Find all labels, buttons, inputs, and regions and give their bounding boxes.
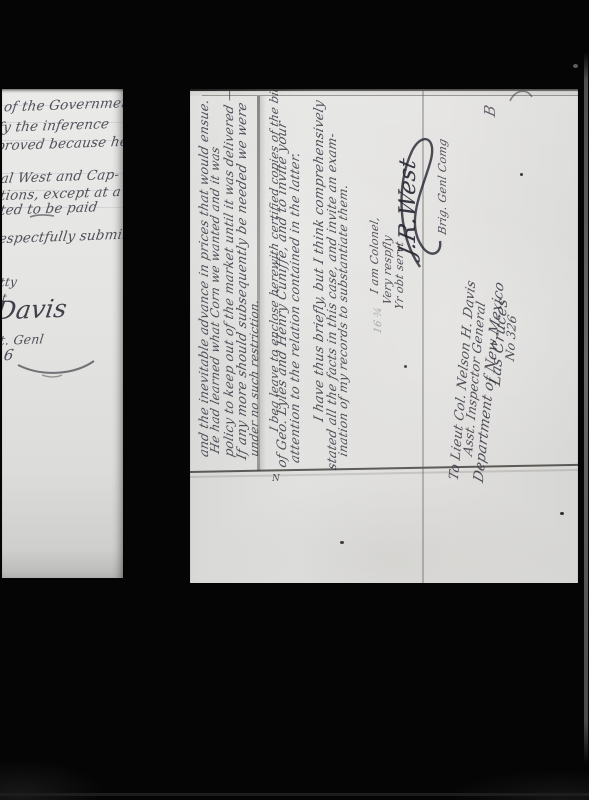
ink-speck [520, 173, 523, 176]
letter-line: ination of my records to substantiate th… [337, 183, 350, 458]
left-page-line: fy the inference [2, 116, 110, 136]
letter-line: policy to keep out of the market until i… [222, 89, 235, 458]
pen-swoosh-flourish [2, 351, 123, 381]
ink-speck [340, 541, 344, 544]
scan-bottom-edge [0, 793, 589, 796]
pen-hook-mark [508, 89, 536, 103]
left-page-line: of the Government, [3, 95, 123, 116]
sheet-mark: N [272, 474, 280, 484]
scan-right-edge [584, 52, 588, 764]
closing-line: I am Colonel, [368, 215, 381, 295]
signature-title: Brig. Genl Comg [436, 137, 449, 236]
pen-dash-flourish [2, 209, 123, 237]
letter-number: No 326 [504, 313, 519, 362]
left-page-line: tty [2, 275, 18, 290]
ink-speck [560, 512, 564, 515]
left-page-signature: Davis [2, 294, 69, 326]
letter-page: and the inevitable advance in prices tha… [190, 89, 578, 583]
left-page-line: proved because he [2, 134, 123, 155]
archival-scan: of the Government, fy the inference prov… [0, 0, 589, 800]
letter-line: attention to the relation contained in t… [288, 151, 301, 464]
left-page-fragment: of the Government, fy the inference prov… [2, 89, 123, 578]
letter-line: under no such restriction. [248, 298, 261, 458]
ink-speck [404, 365, 407, 368]
pencil-annotation: 16 ¾ [372, 306, 385, 335]
dust-speck [573, 64, 578, 68]
